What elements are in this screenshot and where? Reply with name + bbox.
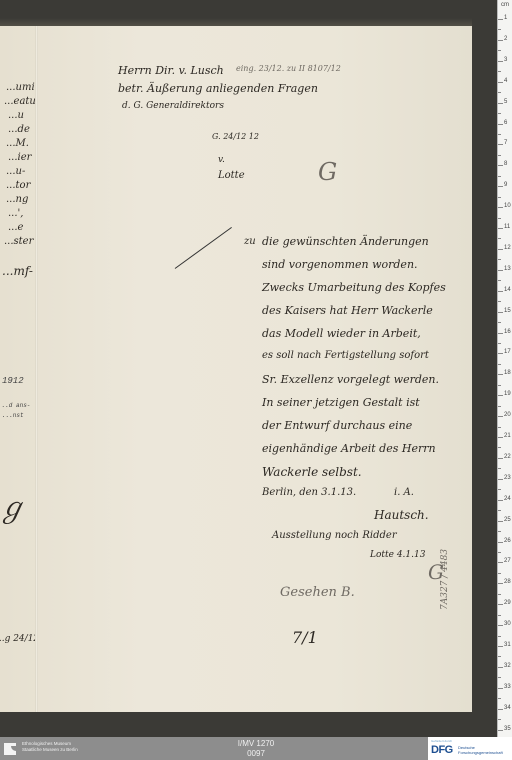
ruler-label: 1 (504, 15, 507, 21)
lower-scribble: Gesehen B. (280, 585, 355, 600)
ruler-half-tick (498, 197, 501, 198)
ruler-half-tick (498, 218, 501, 219)
ruler-half-tick (498, 427, 501, 428)
museum-name: Ethnologisches Museum Staatliche Museen … (22, 741, 78, 753)
ruler-half-tick (498, 71, 501, 72)
ruler-unit: cm (501, 2, 509, 8)
ruler-label: 32 (504, 663, 511, 669)
left-hw-line: ...u- (6, 166, 25, 177)
left-hw-line: ...umigs (6, 82, 36, 93)
ruler-half-tick (498, 552, 501, 553)
ruler-label: 14 (504, 287, 511, 293)
ruler-label: 12 (504, 245, 511, 251)
ruler-tick (498, 730, 503, 731)
ruler-tick (498, 667, 503, 668)
ruler-label: 3 (504, 57, 507, 63)
ruler-label: 10 (504, 203, 511, 209)
left-hw-line: ...mf- (2, 264, 33, 278)
left-hw-line: ...tor (6, 180, 30, 191)
ruler-tick (498, 542, 503, 543)
ruler-tick (498, 353, 503, 354)
body-line: Wackerle selbst. (262, 465, 362, 479)
ruler-half-tick (498, 385, 501, 386)
ruler-tick (498, 207, 503, 208)
dfg-sub: Gefördert durch (431, 739, 452, 743)
ruler-half-tick (498, 301, 501, 302)
ruler-half-tick (498, 719, 501, 720)
ruler-label: 35 (504, 726, 511, 732)
ruler-half-tick (498, 155, 501, 156)
header-note-line3: d. G. Generaldirektors (122, 101, 224, 111)
margin-mark: zu (244, 236, 256, 247)
page-number: 0097 (206, 749, 306, 759)
header-note-line4: G. 24/12 12 (212, 132, 259, 141)
ruler-label: 26 (504, 538, 511, 544)
left-hw-line: ...ier (8, 152, 31, 163)
vertical-pencil-number: 7A327 / 4483 (440, 549, 450, 610)
left-hw-line: ...ng (6, 194, 28, 205)
ruler-half-tick (498, 134, 501, 135)
typed-line: ...d ans- (0, 402, 30, 409)
header-note-line2: betr. Äußerung anliegenden Fragen (118, 82, 318, 95)
lower-note-line2: Lotte 4.1.13 (370, 550, 425, 560)
header-initial: G (318, 158, 337, 186)
ruler-tick (498, 604, 503, 605)
ruler-tick (498, 458, 503, 459)
ruler-half-tick (498, 322, 501, 323)
ruler-label: 5 (504, 99, 507, 105)
ruler-label: 29 (504, 600, 511, 606)
ruler-tick (498, 103, 503, 104)
ruler-label: 24 (504, 496, 511, 502)
ruler-tick (498, 625, 503, 626)
lower-note-line1: Ausstellung noch Ridder (272, 530, 397, 541)
ruler-tick (498, 270, 503, 271)
ruler-half-tick (498, 406, 501, 407)
left-signature: ℊ (0, 486, 26, 526)
lower-date: 7/1 (292, 628, 318, 647)
ruler-label: 18 (504, 370, 511, 376)
ruler-label: 34 (504, 705, 511, 711)
ruler-tick (498, 19, 503, 20)
ruler-tick (498, 374, 503, 375)
body-line: die gewünschten Änderungen (262, 235, 429, 248)
ruler-label: 20 (504, 412, 511, 418)
footer-bar: Ethnologisches Museum Staatliche Museen … (0, 737, 512, 760)
ruler-tick (498, 395, 503, 396)
body-line: Zwecks Umarbeitung des Kopfes (262, 281, 446, 294)
signature-prefix: i. A. (394, 487, 414, 498)
ruler-tick (498, 688, 503, 689)
cm-ruler: cm 1234567891011121314151617181920212223… (497, 0, 512, 737)
body-line: Sr. Exzellenz vorgelegt werden. (262, 373, 439, 386)
ruler-tick (498, 562, 503, 563)
ruler-tick (498, 165, 503, 166)
ruler-half-tick (498, 343, 501, 344)
left-hw-line: ...e (8, 222, 23, 233)
ruler-tick (498, 416, 503, 417)
ruler-tick (498, 144, 503, 145)
body-line: das Modell wieder in Arbeit, (262, 327, 421, 340)
header-note-line5: v. (218, 155, 225, 165)
ruler-half-tick (498, 698, 501, 699)
ruler-label: 11 (504, 224, 510, 230)
ruler-half-tick (498, 364, 501, 365)
ruler-tick (498, 228, 503, 229)
body-line: des Kaisers hat Herr Wackerle (262, 304, 433, 317)
ruler-label: 17 (504, 349, 511, 355)
ruler-label: 13 (504, 266, 511, 272)
record-id: I/MV 1270 (206, 739, 306, 749)
ruler-tick (498, 709, 503, 710)
signature: Hautsch. (374, 508, 429, 522)
ruler-half-tick (498, 489, 501, 490)
ruler-tick (498, 40, 503, 41)
ruler-half-tick (498, 594, 501, 595)
ruler-tick (498, 437, 503, 438)
left-hw-line: ...de (8, 124, 30, 135)
ruler-half-tick (498, 573, 501, 574)
header-note-line1: Herrn Dir. v. Lusch (118, 64, 224, 77)
page-fold (35, 26, 38, 712)
ruler-tick (498, 583, 503, 584)
museum-logo-icon (4, 743, 16, 755)
ruler-label: 30 (504, 621, 511, 627)
ruler-label: 2 (504, 36, 507, 42)
ruler-tick (498, 82, 503, 83)
ruler-label: 27 (504, 558, 511, 564)
dfg-logo-icon: DFG (431, 744, 453, 756)
ruler-label: 22 (504, 454, 511, 460)
ruler-label: 9 (504, 182, 507, 188)
ruler-tick (498, 124, 503, 125)
ruler-half-tick (498, 468, 501, 469)
dfg-name-line2: Forschungsgemeinschaft (458, 750, 503, 755)
left-hw-line: ...eatur (4, 96, 36, 107)
left-hw-line: ...ster (4, 236, 33, 247)
ruler-tick (498, 291, 503, 292)
body-line: es soll nach Fertigstellung sofort (262, 350, 429, 361)
header-note-receipt: eing. 23/12. zu II 8107/12 (236, 64, 341, 73)
ruler-label: 8 (504, 161, 507, 167)
typed-year: 1912 (2, 376, 24, 386)
ruler-label: 21 (504, 433, 511, 439)
ruler-label: 19 (504, 391, 511, 397)
ruler-tick (498, 186, 503, 187)
record-info: I/MV 1270 0097 (206, 739, 306, 759)
typed-line: ...nst (2, 412, 24, 419)
ruler-tick (498, 312, 503, 313)
ruler-half-tick (498, 29, 501, 30)
place-date: Berlin, den 3.1.13. (262, 487, 356, 498)
ruler-label: 28 (504, 579, 511, 585)
ruler-half-tick (498, 677, 501, 678)
left-page-fragment: ...umigs ...eatur ...u ...de ...M. ...ie… (0, 26, 36, 712)
ruler-half-tick (498, 280, 501, 281)
dfg-name: Deutsche Forschungsgemeinschaft (458, 745, 503, 755)
ruler-half-tick (498, 636, 501, 637)
ruler-label: 31 (504, 642, 511, 648)
ruler-label: 4 (504, 78, 507, 84)
ruler-tick (498, 333, 503, 334)
dfg-logo-box: Gefördert durch DFG Deutsche Forschungsg… (428, 737, 512, 760)
ruler-half-tick (498, 176, 501, 177)
ruler-tick (498, 500, 503, 501)
document-page (0, 26, 472, 712)
ruler-label: 33 (504, 684, 511, 690)
ruler-half-tick (498, 238, 501, 239)
ruler-tick (498, 646, 503, 647)
left-hw-line: ...', (8, 208, 23, 219)
ruler-label: 15 (504, 308, 511, 314)
ruler-half-tick (498, 656, 501, 657)
body-line: In seiner jetzigen Gestalt ist (262, 396, 420, 409)
ruler-half-tick (498, 259, 501, 260)
body-line: der Entwurf durchaus eine (262, 419, 412, 432)
ruler-tick (498, 61, 503, 62)
ruler-label: 7 (504, 140, 507, 146)
ruler-half-tick (498, 92, 501, 93)
ruler-label: 6 (504, 120, 507, 126)
ruler-tick (498, 521, 503, 522)
ruler-tick (498, 249, 503, 250)
header-note-line6: Lotte (218, 170, 245, 181)
body-line: sind vorgenommen worden. (262, 258, 418, 271)
ruler-label: 16 (504, 329, 511, 335)
ruler-label: 25 (504, 517, 511, 523)
left-hw-line: ...M. (6, 138, 29, 149)
ruler-half-tick (498, 615, 501, 616)
ruler-tick (498, 479, 503, 480)
ruler-half-tick (498, 50, 501, 51)
ruler-half-tick (498, 510, 501, 511)
ruler-label: 23 (504, 475, 511, 481)
ruler-half-tick (498, 113, 501, 114)
ruler-half-tick (498, 447, 501, 448)
left-hw-line: ...u (8, 110, 24, 121)
ruler-half-tick (498, 531, 501, 532)
left-pencil-note: ...g 24/12 (0, 634, 36, 644)
body-line: eigenhändige Arbeit des Herrn (262, 442, 436, 455)
museum-sub-line: Staatliche Museen zu Berlin (22, 747, 78, 753)
